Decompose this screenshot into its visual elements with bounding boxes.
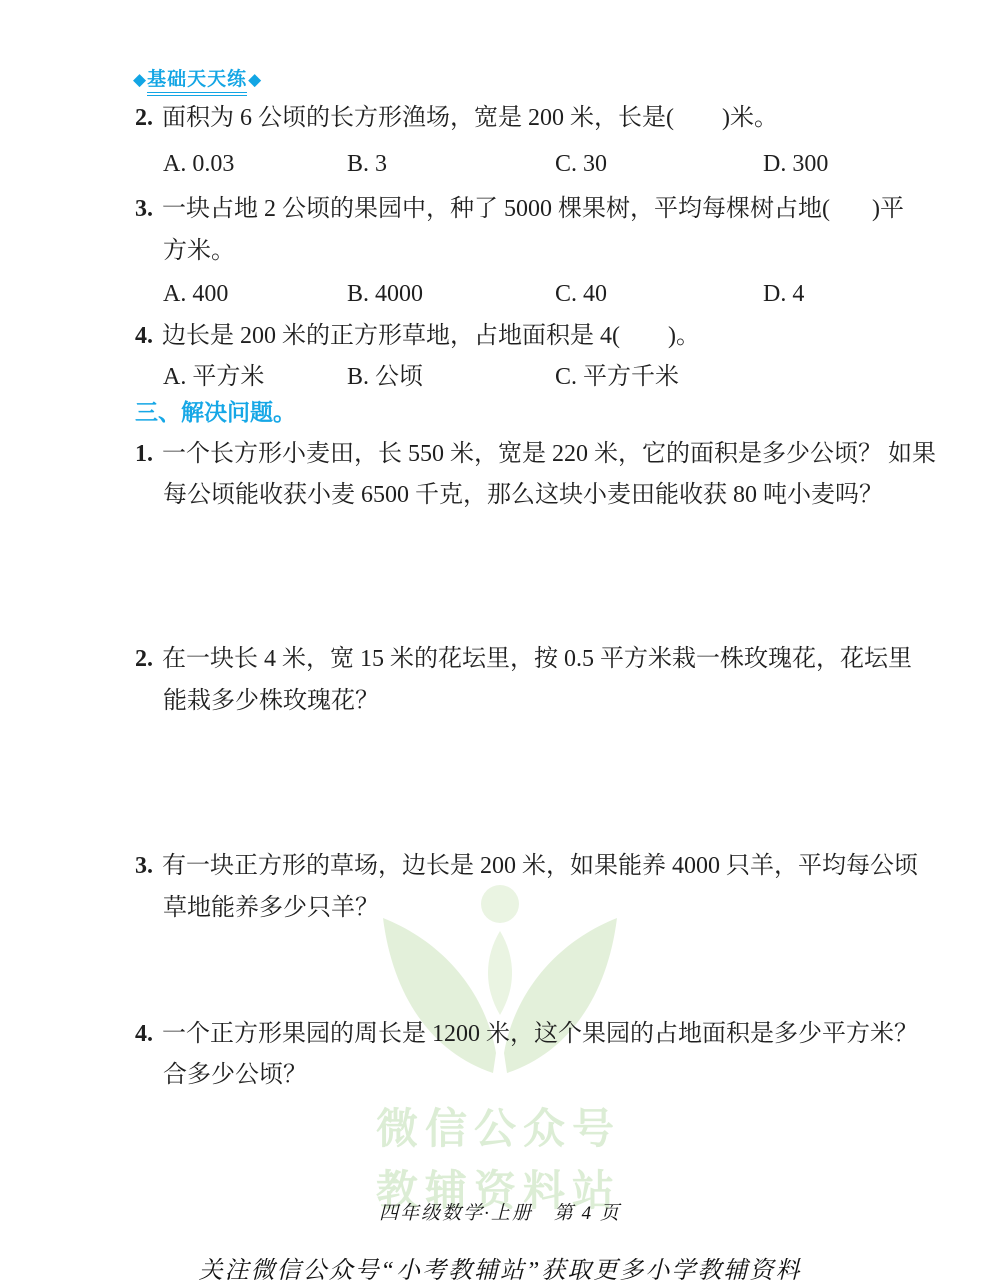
problem-1-text-1: 一个长方形小麦田，长 550 米，宽是 220 米，它的面积是多少公顷？ 如果 <box>162 441 936 467</box>
question-3-line-2: 方米。 <box>163 237 235 265</box>
question-3-text-2: 方米。 <box>163 238 235 264</box>
question-2-option-c: C. 30 <box>555 150 607 178</box>
question-3-text-1: 一块占地 2 公顷的果园中，种了 5000 棵果树，平均每棵树占地( )平 <box>162 196 904 222</box>
problem-1-line-2: 每公顷能收获小麦 6500 千克，那么这块小麦田能收获 80 吨小麦吗？ <box>163 481 883 509</box>
problem-3-number: 3. <box>135 853 153 879</box>
question-4-option-a: A. 平方米 <box>163 363 264 391</box>
badge-label: 基础天天练 <box>147 64 247 96</box>
problem-4-line-2: 合多少公顷？ <box>163 1061 307 1089</box>
question-3-number: 3. <box>135 196 153 222</box>
problem-3-line-2: 草地能养多少只羊？ <box>163 894 379 922</box>
question-4-text: 边长是 200 米的正方形草地，占地面积是 4( )。 <box>162 323 700 349</box>
question-3-option-b: B. 4000 <box>347 280 423 308</box>
question-2-option-a: A. 0.03 <box>163 150 234 178</box>
worksheet-page: ◆ 基础天天练 ◆ 2.面积为 6 公顷的长方形渔场，宽是 200 米，长是( … <box>0 0 1000 1284</box>
problem-4-text-1: 一个正方形果园的周长是 1200 米，这个果园的占地面积是多少平方米？ <box>162 1021 918 1047</box>
problem-1-number: 1. <box>135 441 153 467</box>
problem-2-text-1: 在一块长 4 米，宽 15 米的花坛里，按 0.5 平方米栽一株玫瑰花，花坛里 <box>162 646 912 672</box>
problem-2-line-2: 能栽多少株玫瑰花？ <box>163 687 379 715</box>
question-4-option-c: C. 平方千米 <box>555 363 679 391</box>
diamond-right-icon: ◆ <box>248 70 261 90</box>
diamond-left-icon: ◆ <box>133 70 146 90</box>
question-4-number: 4. <box>135 323 153 349</box>
problem-4-text-2: 合多少公顷？ <box>163 1062 307 1088</box>
question-2-option-b: B. 3 <box>347 150 387 178</box>
question-2-option-d: D. 300 <box>763 150 828 178</box>
question-2-line-1: 2.面积为 6 公顷的长方形渔场，宽是 200 米，长是( )米。 <box>135 104 778 132</box>
problem-2-text-2: 能栽多少株玫瑰花？ <box>163 688 379 714</box>
watermark-text-line-1: 微信公众号 <box>376 1096 628 1156</box>
question-2-text: 面积为 6 公顷的长方形渔场，宽是 200 米，长是( )米。 <box>162 105 778 131</box>
problem-3-line-1: 3.有一块正方形的草场，边长是 200 米，如果能养 4000 只羊，平均每公顷 <box>135 852 918 880</box>
question-4-line-1: 4.边长是 200 米的正方形草地，占地面积是 4( )。 <box>135 322 700 350</box>
question-3-line-1: 3.一块占地 2 公顷的果园中，种了 5000 棵果树，平均每棵树占地( )平 <box>135 195 904 223</box>
problem-1-text-2: 每公顷能收获小麦 6500 千克，那么这块小麦田能收获 80 吨小麦吗？ <box>163 482 883 508</box>
problem-4-number: 4. <box>135 1021 153 1047</box>
leaf-person-watermark-logo <box>378 883 628 1083</box>
bottom-note: 关注微信公众号“小考教辅站”获取更多小学教辅资料 <box>0 1250 1000 1284</box>
problem-3-text-2: 草地能养多少只羊？ <box>163 895 379 921</box>
problem-1-line-1: 1.一个长方形小麦田，长 550 米，宽是 220 米，它的面积是多少公顷？ 如… <box>135 440 936 468</box>
question-3-option-a: A. 400 <box>163 280 228 308</box>
section-3-header: 三、解决问题。 <box>135 394 296 427</box>
problem-3-text-1: 有一块正方形的草场，边长是 200 米，如果能养 4000 只羊，平均每公顷 <box>162 853 918 879</box>
question-4-option-b: B. 公顷 <box>347 363 423 391</box>
problem-2-number: 2. <box>135 646 153 672</box>
page-footer: 四年级数学·上册 第 4 页 <box>0 1198 1000 1225</box>
question-3-option-d: D. 4 <box>763 280 804 308</box>
section-badge: ◆ 基础天天练 ◆ <box>133 64 261 96</box>
problem-4-line-1: 4.一个正方形果园的周长是 1200 米，这个果园的占地面积是多少平方米？ <box>135 1020 918 1048</box>
problem-2-line-1: 2.在一块长 4 米，宽 15 米的花坛里，按 0.5 平方米栽一株玫瑰花，花坛… <box>135 645 912 673</box>
question-3-option-c: C. 40 <box>555 280 607 308</box>
question-2-number: 2. <box>135 105 153 131</box>
